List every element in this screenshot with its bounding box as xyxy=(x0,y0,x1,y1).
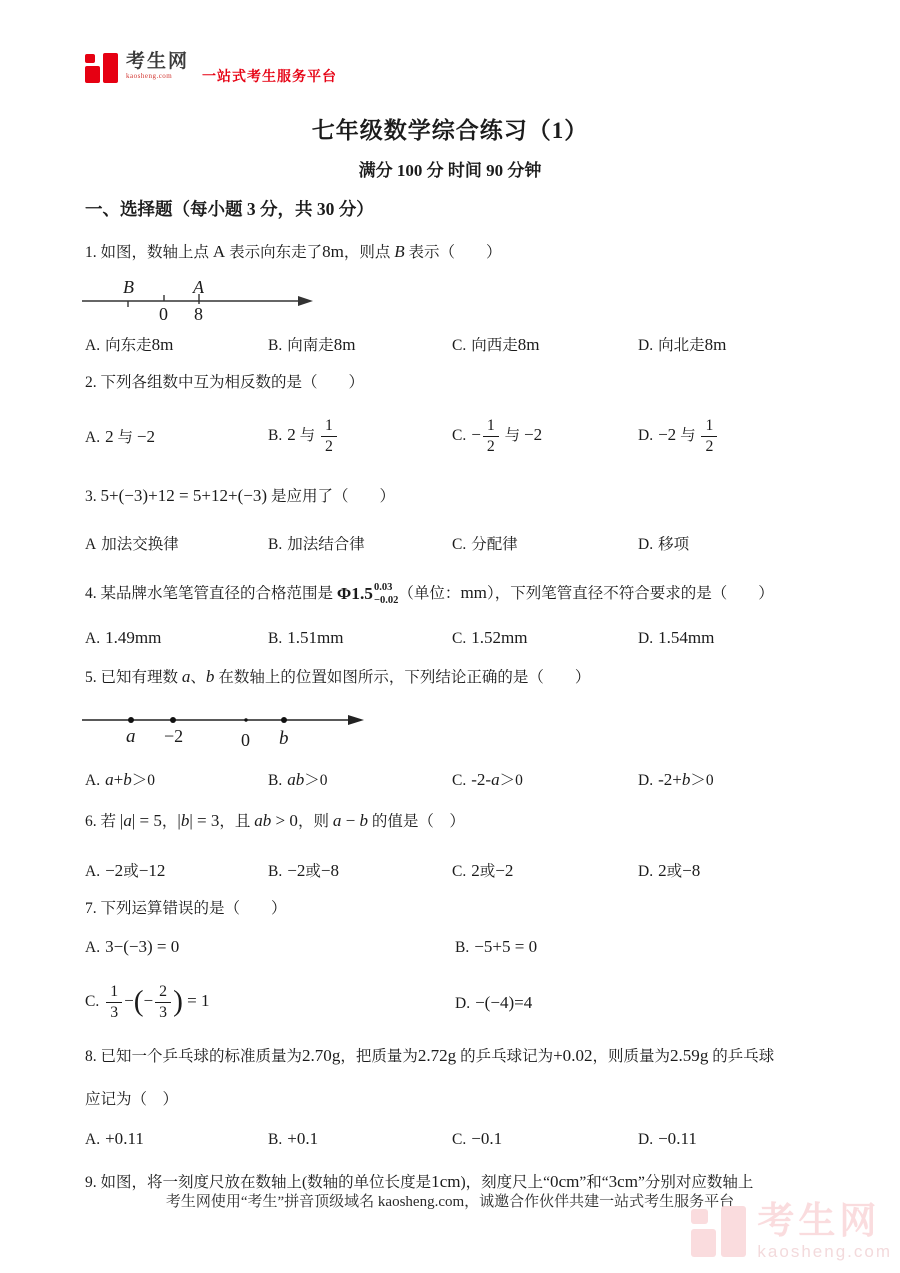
option-label: B. xyxy=(455,939,469,956)
q6-option-b: B.−2或−8 xyxy=(268,859,452,881)
option-label: C. xyxy=(85,993,99,1010)
kaosheng-watermark: 考生网 kaosheng.com xyxy=(691,1203,892,1260)
q7-option-d: D.−(−4)=4 xyxy=(455,993,815,1013)
watermark-brand: 考生网 xyxy=(757,1203,892,1240)
option-content: 加法结合律 xyxy=(287,536,365,553)
option-content: 2 与 12 xyxy=(287,427,339,444)
kaosheng-logo: 考生网 kaosheng.com 一站式考生服务平台 xyxy=(85,52,815,86)
option-label: D. xyxy=(638,536,653,553)
kaosheng-logo-icon xyxy=(85,52,119,85)
option-label: B. xyxy=(268,536,282,553)
option-content: 3−(−3) = 0 xyxy=(105,939,179,956)
question-4-options: A.1.49mm B.1.51mm C.1.52mm D.1.54mm xyxy=(85,628,815,648)
option-content: -2-a＞0 xyxy=(471,772,523,789)
q5-option-b: B.ab＞0 xyxy=(268,768,452,790)
figure-label-a: A xyxy=(192,277,205,297)
option-label: D. xyxy=(638,863,653,880)
q3-option-a: A加法交换律 xyxy=(85,532,268,554)
option-label: C. xyxy=(452,427,466,444)
option-label: D. xyxy=(638,1131,653,1148)
q1-option-c: C.向西走8m xyxy=(452,333,638,355)
q8-option-b: B.+0.1 xyxy=(268,1129,452,1149)
option-content: −0.11 xyxy=(658,1131,697,1148)
question-4-text: 4. 某品牌水笔笔管直径的合格范围是 Φ1.50.03−0.02（单位：mm），… xyxy=(85,580,815,608)
option-content: 1.54mm xyxy=(658,630,714,647)
option-label: B. xyxy=(268,863,282,880)
option-content: 分配律 xyxy=(471,536,518,553)
option-label: B. xyxy=(268,772,282,789)
brand-tagline: 一站式考生服务平台 xyxy=(202,66,337,86)
option-content: −2或−8 xyxy=(287,863,339,880)
figure-label-eight: 8 xyxy=(194,304,203,323)
section-heading: 一、选择题（每小题 3 分，共 30 分） xyxy=(85,196,815,221)
option-content: 向东走8m xyxy=(105,337,173,354)
option-content: +0.11 xyxy=(105,1131,144,1148)
option-content: −0.1 xyxy=(471,1131,502,1148)
option-content: 向北走8m xyxy=(658,337,726,354)
q8-option-a: A.+0.11 xyxy=(85,1129,268,1149)
option-label: B. xyxy=(268,630,282,647)
question-4: 4. 某品牌水笔笔管直径的合格范围是 Φ1.50.03−0.02（单位：mm），… xyxy=(85,580,815,648)
question-1-text: 1. 如图，数轴上点 A 表示向东走了8m，则点 B 表示（ ） xyxy=(85,239,815,265)
figure-label-b: B xyxy=(123,277,134,297)
option-content: 移项 xyxy=(658,536,689,553)
q2-option-a: A.2 与 −2 xyxy=(85,425,268,447)
question-3-options: A加法交换律 B.加法结合律 C.分配律 D.移项 xyxy=(85,532,815,554)
question-6-text: 6. 若 |a| = 5，|b| = 3，且 ab > 0，则 a − b 的值… xyxy=(85,808,815,834)
option-content: 1.52mm xyxy=(471,630,527,647)
q2-option-d: D.−2 与 12 xyxy=(638,416,815,457)
option-label: C. xyxy=(452,772,466,789)
option-content: ab＞0 xyxy=(287,772,327,789)
option-content: −12 与 −2 xyxy=(471,427,542,444)
figure-label-zero: 0 xyxy=(241,730,250,750)
q3-option-b: B.加法结合律 xyxy=(268,532,452,554)
q5-option-d: D.-2+b＞0 xyxy=(638,768,815,790)
watermark-text: 考生网 kaosheng.com xyxy=(757,1203,892,1260)
kaosheng-watermark-icon xyxy=(691,1203,747,1259)
option-label: A. xyxy=(85,337,100,354)
site-header: 考生网 kaosheng.com 一站式考生服务平台 xyxy=(85,52,815,104)
q7-option-b: B.−5+5 = 0 xyxy=(455,937,815,957)
option-content: −5+5 = 0 xyxy=(474,939,537,956)
question-1-options: A.向东走8m B.向南走8m C.向西走8m D.向北走8m xyxy=(85,333,815,355)
exam-page: 考生网 kaosheng.com 一站式考生服务平台 七年级数学综合练习（1） … xyxy=(0,0,900,1273)
option-label: C. xyxy=(452,337,466,354)
option-content: +0.1 xyxy=(287,1131,318,1148)
option-label: C. xyxy=(452,536,466,553)
option-label: A. xyxy=(85,772,100,789)
option-content: 2或−8 xyxy=(658,863,700,880)
option-label: C. xyxy=(452,630,466,647)
q4-option-c: C.1.52mm xyxy=(452,628,638,648)
brand-name: 考生网 xyxy=(126,52,189,71)
option-label: A. xyxy=(85,429,100,446)
q1-option-a: A.向东走8m xyxy=(85,333,268,355)
option-label: A. xyxy=(85,1131,100,1148)
question-5: 5. 已知有理数 a、b 在数轴上的位置如图所示，下列结论正确的是（ ） a −… xyxy=(85,664,815,790)
figure-label-a: a xyxy=(126,726,136,747)
q8-option-d: D.−0.11 xyxy=(638,1129,815,1149)
question-7-text: 7. 下列运算错误的是（ ） xyxy=(85,897,815,921)
question-7-options-row1: A.3−(−3) = 0 B.−5+5 = 0 xyxy=(85,937,815,957)
figure-label-minus2: −2 xyxy=(164,726,183,746)
option-content: 向南走8m xyxy=(287,337,355,354)
q7-option-a: A.3−(−3) = 0 xyxy=(85,937,455,957)
q4-option-b: B.1.51mm xyxy=(268,628,452,648)
option-label: D. xyxy=(455,995,470,1012)
option-content: -2+b＞0 xyxy=(658,772,714,789)
option-label: D. xyxy=(638,337,653,354)
option-content: 13−(−23) = 1 xyxy=(104,993,209,1010)
q4-option-d: D.1.54mm xyxy=(638,628,815,648)
q3-option-d: D.移项 xyxy=(638,532,815,554)
q2-option-c: C.−12 与 −2 xyxy=(452,416,638,457)
q5-option-a: A.a+b＞0 xyxy=(85,768,268,790)
number-line-figure-q5: a −2 0 b xyxy=(80,702,380,754)
question-6: 6. 若 |a| = 5，|b| = 3，且 ab > 0，则 a − b 的值… xyxy=(85,808,815,880)
question-8-text: 8. 已知一个乒乓球的标准质量为2.70g，把质量为2.72g 的乒乓球记为+0… xyxy=(85,1043,815,1069)
question-2-text: 2. 下列各组数中互为相反数的是（ ） xyxy=(85,371,815,395)
q1-option-b: B.向南走8m xyxy=(268,333,452,355)
option-label: C. xyxy=(452,863,466,880)
option-label: C. xyxy=(452,1131,466,1148)
option-content: −(−4)=4 xyxy=(475,995,532,1012)
q3-option-c: C.分配律 xyxy=(452,532,638,554)
question-8: 8. 已知一个乒乓球的标准质量为2.70g，把质量为2.72g 的乒乓球记为+0… xyxy=(85,1043,815,1149)
option-content: 1.49mm xyxy=(105,630,161,647)
exam-meta: 满分 100 分 时间 90 分钟 xyxy=(85,156,815,181)
q5-option-c: C.-2-a＞0 xyxy=(452,768,638,790)
q6-option-a: A.−2或−12 xyxy=(85,859,268,881)
question-1: 1. 如图，数轴上点 A 表示向东走了8m，则点 B 表示（ ） B A 0 8… xyxy=(85,239,815,355)
option-content: 2或−2 xyxy=(471,863,513,880)
option-content: −2 与 12 xyxy=(658,427,719,444)
option-label: B. xyxy=(268,337,282,354)
option-label: A. xyxy=(85,630,100,647)
question-2-options: A.2 与 −2 B.2 与 12 C.−12 与 −2 D.−2 与 12 xyxy=(85,409,815,463)
q1-option-d: D.向北走8m xyxy=(638,333,815,355)
q6-option-c: C.2或−2 xyxy=(452,859,638,881)
option-label: A. xyxy=(85,863,100,880)
option-content: 1.51mm xyxy=(287,630,343,647)
number-line-figure-q1: B A 0 8 xyxy=(80,277,380,323)
option-label: D. xyxy=(638,427,653,444)
question-6-options: A.−2或−12 B.−2或−8 C.2或−2 D.2或−8 xyxy=(85,859,815,881)
q8-option-c: C.−0.1 xyxy=(452,1129,638,1149)
q2-option-b: B.2 与 12 xyxy=(268,416,452,457)
watermark-domain: kaosheng.com xyxy=(757,1243,892,1260)
option-label: D. xyxy=(638,630,653,647)
question-8-text-line2: 应记为（ ） xyxy=(85,1089,815,1111)
figure-label-zero: 0 xyxy=(159,304,168,323)
option-content: 加法交换律 xyxy=(101,536,179,553)
question-7-options-row2: C.13−(−23) = 1 D.−(−4)=4 xyxy=(85,975,815,1031)
question-5-text: 5. 已知有理数 a、b 在数轴上的位置如图所示，下列结论正确的是（ ） xyxy=(85,664,815,690)
option-content: −2或−12 xyxy=(105,863,165,880)
question-3: 3. 5+(−3)+12 = 5+12+(−3) 是应用了（ ） A加法交换律 … xyxy=(85,483,815,553)
option-label: B. xyxy=(268,427,282,444)
q7-option-c: C.13−(−23) = 1 xyxy=(85,982,455,1023)
brand-domain: kaosheng.com xyxy=(126,73,189,80)
question-8-options: A.+0.11 B.+0.1 C.−0.1 D.−0.11 xyxy=(85,1129,815,1149)
option-content: 向西走8m xyxy=(471,337,539,354)
q6-option-d: D.2或−8 xyxy=(638,859,815,881)
option-label: A. xyxy=(85,939,100,956)
q4-option-a: A.1.49mm xyxy=(85,628,268,648)
option-content: a+b＞0 xyxy=(105,772,155,789)
option-label: B. xyxy=(268,1131,282,1148)
figure-label-b: b xyxy=(279,728,289,749)
question-5-options: A.a+b＞0 B.ab＞0 C.-2-a＞0 D.-2+b＞0 xyxy=(85,768,815,790)
logo-text: 考生网 kaosheng.com xyxy=(126,52,189,80)
question-7: 7. 下列运算错误的是（ ） A.3−(−3) = 0 B.−5+5 = 0 C… xyxy=(85,897,815,1031)
option-label: D. xyxy=(638,772,653,789)
question-2: 2. 下列各组数中互为相反数的是（ ） A.2 与 −2 B.2 与 12 C.… xyxy=(85,371,815,463)
option-label: A xyxy=(85,536,96,553)
page-title: 七年级数学综合练习（1） xyxy=(85,112,815,145)
question-3-text: 3. 5+(−3)+12 = 5+12+(−3) 是应用了（ ） xyxy=(85,483,815,509)
option-content: 2 与 −2 xyxy=(105,429,155,446)
